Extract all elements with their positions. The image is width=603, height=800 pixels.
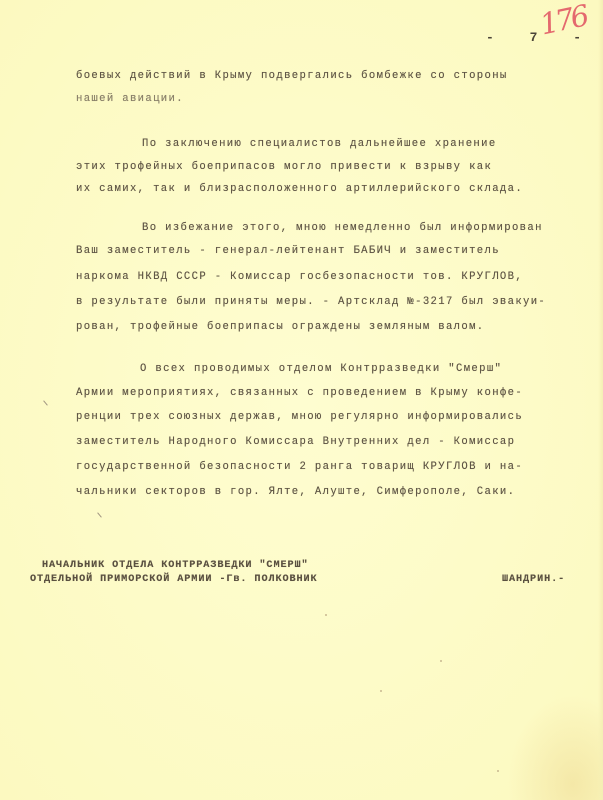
margin-mark — [97, 512, 102, 517]
body-line: Армии мероприятиях, связанных с проведен… — [76, 387, 523, 399]
margin-mark — [43, 400, 48, 405]
paper-speck — [325, 614, 327, 616]
body-line: ренции трех союзных держав, мною регуляр… — [76, 411, 523, 423]
body-line: По заключению специалистов дальнейшее хр… — [142, 138, 497, 150]
body-line: Во избежание этого, мною немедленно был … — [142, 222, 543, 234]
signature-name: ШАНДРИН.- — [502, 574, 565, 585]
body-line: рован, трофейные боеприпасы ограждены зе… — [76, 321, 485, 333]
page-edge — [598, 0, 603, 800]
body-line: государственной безопасности 2 ранга тов… — [76, 461, 523, 473]
body-line: этих трофейных боеприпасов могло привест… — [76, 161, 492, 173]
body-line: заместитель Народного Комиссара Внутренн… — [76, 436, 515, 448]
body-line: в результате были приняты меры. - Артскл… — [76, 296, 546, 308]
body-line: Ваш заместитель - генерал-лейтенант БАБИ… — [76, 245, 500, 257]
paper-speck — [497, 770, 499, 772]
body-line: чальники секторов в гор. Ялте, Алуште, С… — [76, 486, 515, 498]
paper-speck — [380, 690, 382, 692]
body-line: нашей авиации. — [76, 93, 184, 105]
body-line: наркома НКВД СССР - Комиссар госбезопасн… — [76, 271, 523, 283]
body-line: их самих, так и близрасположенного артил… — [76, 183, 523, 195]
signature-title-line: НАЧАЛЬНИК ОТДЕЛА КОНТРРАЗВЕДКИ "СМЕРШ" — [42, 560, 309, 571]
paper-speck — [440, 660, 442, 662]
page-number: - 7 - — [486, 30, 595, 45]
body-line: О всех проводимых отделом Контрразведки … — [140, 363, 502, 375]
signature-title-line: ОТДЕЛЬНОЙ ПРИМОРСКОЙ АРМИИ -Гв. ПОЛКОВНИ… — [30, 574, 318, 585]
body-line: боевых действий в Крыму подвергались бом… — [76, 70, 508, 82]
document-page: 176 - 7 - боевых действий в Крыму подвер… — [0, 0, 603, 800]
